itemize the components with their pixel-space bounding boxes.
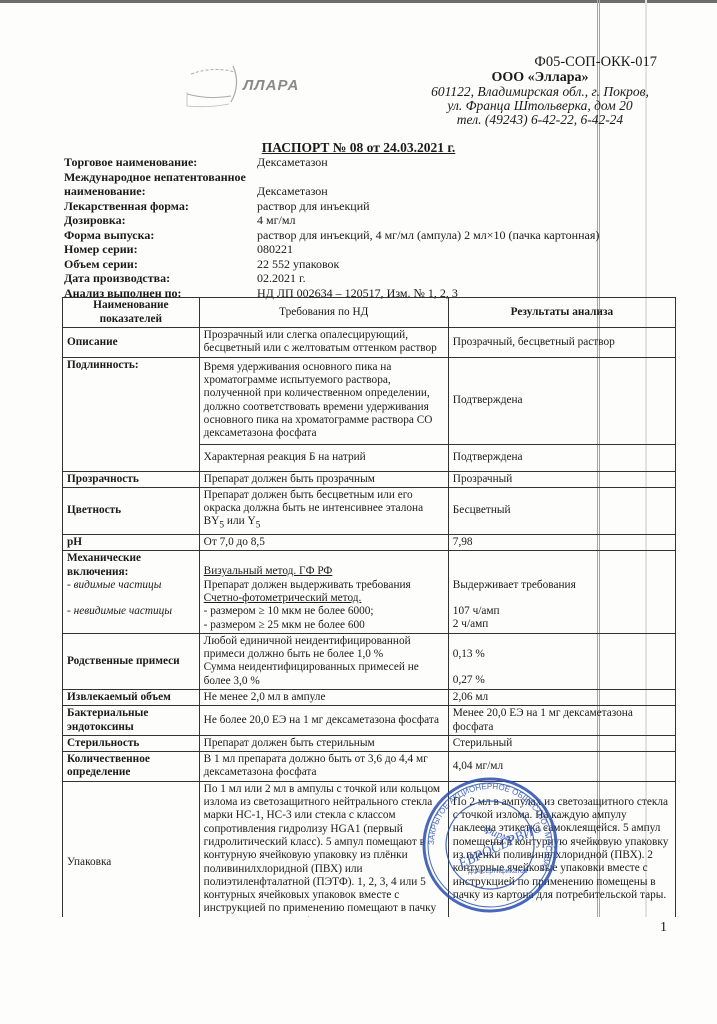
row-result: 0,13 % 0,27 %: [448, 633, 675, 689]
row-requirement: Препарат должен быть прозрачным: [199, 471, 448, 487]
table-row-assay: Количественное определение В 1 мл препар…: [63, 752, 676, 782]
row-requirement: Не более 20,0 ЕЭ на 1 мг дексаметазона ф…: [199, 706, 448, 736]
info-value: Дексаметазон: [257, 155, 328, 170]
info-label: Дозировка:: [64, 213, 257, 228]
req-text: Любой единичной неидентифицированной при…: [204, 635, 444, 662]
row-result: Менее 20,0 ЕЭ на 1 мг дексаметазона фосф…: [448, 706, 675, 736]
subscript: 5: [256, 521, 261, 531]
result-text: 2 ч/амп: [453, 618, 671, 631]
table-row-clarity: Прозрачность Препарат должен быть прозра…: [63, 471, 676, 487]
info-label: Форма выпуска:: [64, 228, 257, 243]
row-requirement: Визуальный метод. ГФ РФ Препарат должен …: [199, 551, 448, 633]
row-requirement: Препарат должен быть бесцветным или его …: [199, 487, 448, 534]
row-result: Стерильный: [448, 735, 675, 751]
col-header-requirements: Требования по НД: [199, 298, 448, 328]
row-result: Подтверждена: [448, 444, 675, 471]
row-name: Прозрачность: [63, 471, 200, 487]
row-result: Прозрачный, бесцветный раствор: [448, 328, 675, 358]
row-result: Подтверждена: [448, 357, 675, 444]
address-line-1: 601122, Владимирская обл., г. Покров,: [390, 85, 690, 99]
logo-text: ЛЛАРА: [243, 77, 299, 94]
row-requirement: Не менее 2,0 мл в ампуле: [199, 690, 448, 706]
company-block: ООО «Эллара» 601122, Владимирская обл., …: [390, 71, 690, 127]
info-label: Дата производства:: [64, 271, 257, 286]
req-text: Препарат должен выдерживать требования: [204, 579, 444, 592]
form-code: Ф05-СОП-ОКК-017: [534, 54, 657, 71]
info-value: 4 мг/мл: [257, 213, 295, 228]
info-label: Торговое наименование:: [64, 155, 257, 170]
table-row-ph: pH От 7,0 до 8,5 7,98: [63, 535, 676, 551]
row-requirement: Прозрачный или слегка опалесцирующий, бе…: [199, 328, 448, 358]
row-name-text: Механические включения:: [67, 552, 195, 579]
table-row-color: Цветность Препарат должен быть бесцветны…: [63, 487, 676, 534]
row-name: Родственные примеси: [63, 633, 200, 689]
info-value: Дексаметазон: [257, 184, 328, 199]
row-requirement: От 7,0 до 8,5: [199, 535, 448, 551]
invisible-particles-label: - невидимые частицы: [67, 605, 195, 618]
row-name: Подлинность:: [63, 357, 200, 471]
result-text: 0,13 %: [453, 648, 671, 661]
company-stamp-icon: ЗАКРЫТОЕ АКЦИОНЕРНОЕ ОБЩЕСТВО • МОСКВА •…: [420, 775, 560, 915]
row-requirement: Любой единичной неидентифицированной при…: [199, 633, 448, 689]
row-name: pH: [63, 535, 200, 551]
req-text: Сумма неидентифицированных примесей не б…: [204, 661, 444, 688]
document-title: ПАСПОРТ № 08 от 24.03.2021 г.: [0, 140, 717, 156]
row-requirement: Характерная реакция Б на натрий: [199, 444, 448, 471]
req-text: BY: [204, 515, 220, 527]
row-requirement: В 1 мл препарата должно быть от 3,6 до 4…: [199, 752, 448, 782]
row-result: Бесцветный: [448, 487, 675, 534]
method-photometric: Счетно-фотометрический метод.: [204, 592, 444, 605]
info-value: раствор для инъекций, 4 мг/мл (ампула) 2…: [257, 228, 599, 243]
row-name: Цветность: [63, 487, 200, 534]
table-row-mechanical: Механические включения: - видимые частиц…: [63, 551, 676, 633]
req-text: - размером ≥ 10 мкм не более 6000;: [204, 605, 444, 618]
result-text: 107 ч/амп: [453, 605, 671, 618]
table-row-sterility: Стерильность Препарат должен быть стерил…: [63, 735, 676, 751]
method-visual: Визуальный метод. ГФ РФ: [204, 565, 444, 578]
row-name: Бактериальные эндотоксины: [63, 706, 200, 736]
row-requirement: Препарат должен быть стерильным: [199, 735, 448, 751]
info-value: 02.2021 г.: [257, 271, 306, 286]
table-row-description: Описание Прозрачный или слегка опалесцир…: [63, 328, 676, 358]
info-label: наименование:: [64, 184, 257, 199]
req-text: - размером ≥ 25 мкм не более 600: [204, 619, 444, 632]
scan-edge: [0, 0, 717, 3]
info-value: 22 552 упаковок: [257, 257, 339, 272]
page-margin: [62, 917, 676, 1024]
info-label: Международное непатентованное: [64, 170, 257, 185]
row-result: 7,98: [448, 535, 675, 551]
phone: тел. (49243) 6-42-22, 6-42-24: [390, 113, 690, 127]
table-row-identity: Подлинность: Время удерживания основного…: [63, 357, 676, 444]
row-requirement: Время удерживания основного пика на хром…: [199, 357, 448, 444]
row-name: Количественное определение: [63, 752, 200, 782]
table-row-volume: Извлекаемый объем Не менее 2,0 мл в ампу…: [63, 690, 676, 706]
info-label: Номер серии:: [64, 242, 257, 257]
info-value: 080221: [257, 242, 293, 257]
svg-text:для сертификатов: для сертификатов: [468, 868, 528, 875]
company-name: ООО «Эллара»: [390, 71, 690, 85]
analysis-table: Наименование показателей Требования по Н…: [62, 297, 676, 944]
info-label: Лекарственная форма:: [64, 199, 257, 214]
visible-particles-label: - видимые частицы: [67, 579, 195, 592]
product-info: Торговое наименование:Дексаметазон Между…: [64, 155, 599, 300]
result-text: 0,27 %: [453, 674, 671, 687]
row-name: Извлекаемый объем: [63, 690, 200, 706]
address-line-2: ул. Франца Штольверка, дом 20: [390, 99, 690, 113]
table-row-endotoxins: Бактериальные эндотоксины Не более 20,0 …: [63, 706, 676, 736]
company-logo: ЛЛАРА: [183, 60, 323, 112]
row-name: Механические включения: - видимые частиц…: [63, 551, 200, 633]
info-value: раствор для инъекций: [257, 199, 370, 214]
col-header-results: Результаты анализа: [448, 298, 675, 328]
page-number: 1: [660, 920, 667, 936]
row-name: Описание: [63, 328, 200, 358]
table-row-impurities: Родственные примеси Любой единичной неид…: [63, 633, 676, 689]
col-header-parameter: Наименование показателей: [63, 298, 200, 328]
table-header-row: Наименование показателей Требования по Н…: [63, 298, 676, 328]
row-result: Выдерживает требования 107 ч/амп 2 ч/амп: [448, 551, 675, 633]
info-label: Объем серии:: [64, 257, 257, 272]
row-result: 2,06 мл: [448, 690, 675, 706]
row-name: Стерильность: [63, 735, 200, 751]
row-result: Прозрачный: [448, 471, 675, 487]
result-text: Выдерживает требования: [453, 579, 671, 592]
req-text: или Y: [224, 515, 256, 527]
logo-swoosh-icon: [183, 60, 243, 112]
req-text: Препарат должен быть бесцветным или его …: [204, 489, 423, 514]
